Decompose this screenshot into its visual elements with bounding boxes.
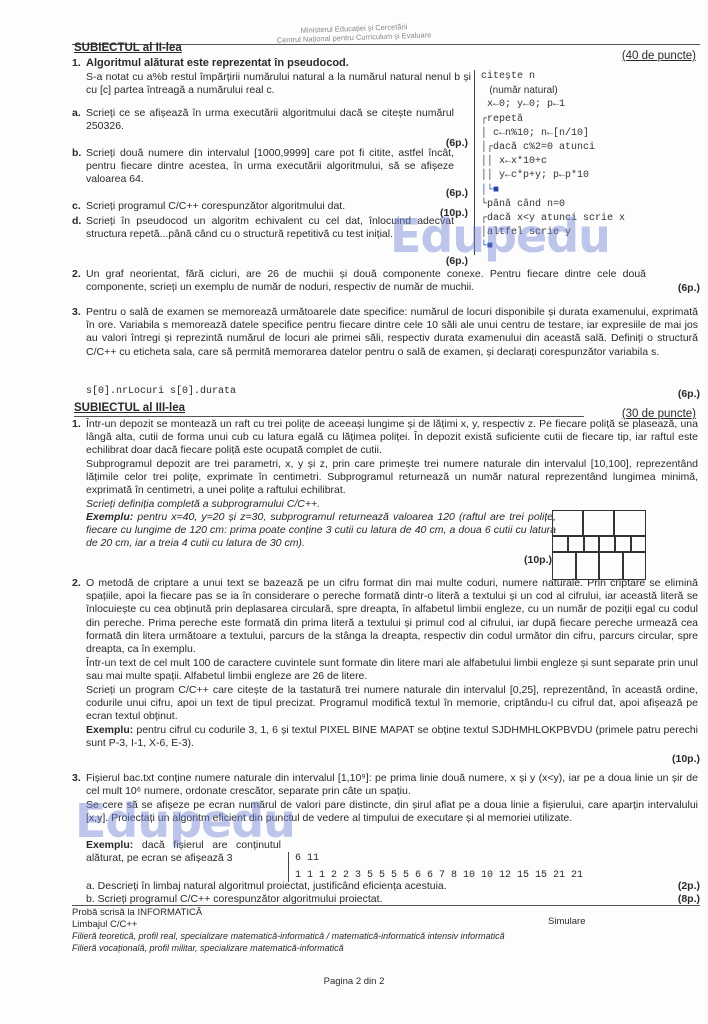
- item-a-text: a. Descrieți în limbaj natural algoritmu…: [86, 880, 606, 893]
- pseudocode-line: (număr natural): [481, 84, 691, 98]
- pseudocode-line: citește n: [481, 70, 691, 84]
- s3-question-2: 2. O metodă de criptare a unui text se b…: [72, 577, 700, 767]
- example-text: pentru cifrul cu codurile 3, 1, 6 și tex…: [86, 724, 698, 749]
- box-20cm: [568, 536, 584, 552]
- pseudocode-line: │ c←n%10; n←[n/10]: [481, 127, 691, 141]
- box-40cm: [614, 510, 646, 536]
- s2-question-2: 2. Un graf neorientat, fără cicluri, are…: [72, 268, 700, 308]
- pseudocode-line: │┌dacă c%2=0 atunci: [481, 141, 691, 155]
- pseudocode-line: ││ y←c*p+y; p←p*10: [481, 169, 691, 183]
- box-40cm: [583, 510, 614, 536]
- box-20cm: [599, 536, 615, 552]
- question-text: O metodă de criptare a unui text se baze…: [86, 577, 698, 656]
- box-30cm: [623, 552, 646, 580]
- footer-exam: Probă scrisă la INFORMATICĂ: [72, 907, 202, 919]
- item-label-a: a.: [72, 107, 81, 120]
- page-number: Pagina 2 din 2: [0, 976, 708, 988]
- item-a-text: Scrieți ce se afișează în urma executări…: [86, 107, 454, 133]
- question-points: (10p.): [672, 753, 700, 766]
- subject-2-title: SUBIECTUL al II-lea: [74, 42, 182, 55]
- item-label-c: c.: [72, 200, 81, 213]
- footer-language: Limbajul C/C++: [72, 919, 137, 931]
- question-text: Într-un depozit se montează un raft cu t…: [86, 418, 698, 458]
- question-text-3: Scrieți definiția completă a subprogramu…: [86, 498, 546, 511]
- question-intro: S-a notat cu a%b restul împărțirii număr…: [86, 71, 471, 97]
- pseudocode-line: ┌repetă: [481, 113, 691, 127]
- question-number: 1.: [72, 418, 81, 431]
- question-points: (10p.): [524, 554, 552, 567]
- watermark: Edupedu: [390, 230, 610, 243]
- s2-question-3: 3. Pentru o sală de examen se memorează …: [72, 306, 700, 402]
- section-rule: [74, 416, 584, 417]
- item-b-text: Scrieți două numere din intervalul [1000…: [86, 147, 454, 187]
- subject-3-title: SUBIECTUL al III-lea: [74, 402, 185, 415]
- item-label-b: b.: [72, 147, 81, 160]
- pseudocode-line: ││ x←x*10+c: [481, 155, 691, 169]
- footer-track-1: Filieră teoretică, profil real, speciali…: [72, 931, 505, 943]
- box-30cm: [552, 552, 576, 580]
- box-30cm: [576, 552, 599, 580]
- box-20cm: [552, 536, 568, 552]
- box-20cm: [584, 536, 599, 552]
- pseudocode-line: x←0; y←0; p←1: [481, 98, 691, 112]
- footer-simulation: Simulare: [548, 916, 586, 928]
- example-label: Exemplu:: [86, 511, 133, 523]
- file-line-1: 6 11: [295, 852, 583, 865]
- watermark: Edupedu: [75, 815, 295, 828]
- question-points: (6p.): [678, 388, 700, 401]
- question-number: 2.: [72, 577, 81, 590]
- item-b-points: (6p.): [446, 187, 468, 200]
- question-number: 3.: [72, 772, 81, 785]
- question-text-2: Subprogramul depozit are trei parametri,…: [86, 458, 698, 498]
- pseudocode-line: │└■: [481, 184, 691, 198]
- box-20cm: [631, 536, 646, 552]
- file-content: 6 11 1 1 1 2 2 3 5 5 5 5 6 6 7 8 10 10 1…: [288, 852, 583, 882]
- shelf-diagram: [552, 510, 646, 580]
- question-text: Un graf neorientat, fără cicluri, are 26…: [86, 268, 646, 294]
- question-text-2: Într-un text de cel mult 100 de caracter…: [86, 657, 698, 683]
- question-points: (6p.): [678, 282, 700, 295]
- footer-rule: [72, 905, 700, 906]
- question-number: 1.: [72, 57, 81, 70]
- question-text-3: Scrieți un program C/C++ care citește de…: [86, 684, 698, 724]
- item-c-text: Scrieți programul C/C++ corespunzător al…: [86, 200, 386, 213]
- question-number: 3.: [72, 306, 81, 319]
- box-20cm: [615, 536, 631, 552]
- box-40cm: [552, 510, 583, 536]
- subject-2-points: (40 de puncte): [622, 50, 696, 63]
- item-a-points: (2p.): [678, 880, 700, 893]
- footer-track-2: Filieră vocațională, profil militar, spe…: [72, 943, 344, 955]
- example-label: Exemplu:: [86, 724, 133, 736]
- question-text: Pentru o sală de examen se memorează urm…: [86, 306, 698, 359]
- code-expression: s[0].nrLocuri s[0].durata: [86, 385, 236, 398]
- question-number: 2.: [72, 268, 81, 281]
- item-label-d: d.: [72, 215, 81, 228]
- example-text: pentru x=40, y=20 și z=30, subprogramul …: [86, 511, 556, 549]
- question-title: Algoritmul alăturat este reprezentat în …: [86, 57, 476, 70]
- box-30cm: [599, 552, 623, 580]
